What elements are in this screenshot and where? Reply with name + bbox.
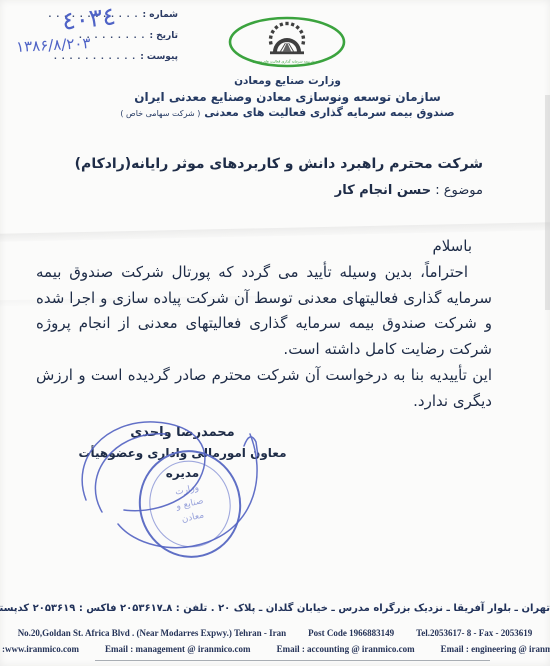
subject-label: موضوع : (431, 183, 483, 198)
body-line: و شرکت صندوق بیمه سرمایه گذاری فعالیتهای… (36, 311, 492, 337)
company-type-note: ( شرکت سهامی خاص ) (120, 109, 200, 118)
scanned-letter-page: { "colors": { "ink_blue": "#4f63c6", "st… (0, 0, 550, 666)
stamp-and-signature: وزارت صنایع و معادن (68, 412, 283, 577)
letter-body: باسلام احتراماً، بدین وسیله تأیید می گرد… (36, 234, 492, 415)
subject-value: حسن انجام کار (335, 183, 431, 198)
body-line: دیگری ندارد. (36, 389, 492, 415)
letter-meta-block: شماره : . . . . . . . . . . . . تاریخ : … (20, 10, 178, 73)
body-line: سرمایه گذاری فعالیتهای معدنی توسط آن شرک… (36, 286, 492, 312)
stamp-text-line3: معادن (181, 510, 205, 525)
organization-name: سازمان توسعه ونوسازی معادن وصنایع معدنی … (25, 89, 550, 105)
footer-contacts-en: Internet :www.iranmico.com Email : manag… (0, 644, 550, 654)
letterhead-org-block: وزارت صنایع ومعادن سازمان توسعه ونوسازی … (25, 74, 550, 122)
official-stamp: وزارت صنایع و معادن (129, 440, 252, 567)
letter-attachment-row: پیوست : . . . . . . . . . . . (20, 52, 178, 73)
letter-date-label: تاریخ : (149, 31, 178, 41)
footer-tel-fax: Tel.2053617- 8 - Fax - 2053619 (416, 628, 532, 638)
footer-email-accounting: Email : accounting @ iranmico.com (277, 644, 415, 654)
signature-scribble (82, 422, 258, 548)
subject-line: موضوع : حسن انجام کار (335, 183, 483, 198)
footer-email-management: Email : management @ iranmico.com (105, 644, 251, 654)
footer-website: Internet :www.iranmico.com (0, 644, 79, 654)
body-line: این تأییدیه بنا به درخواست آن شرکت محترم… (36, 363, 492, 389)
logo-caption: صندوق بیمه سرمایه گذاری فعالیت های معدنی (252, 59, 321, 64)
fund-name: صندوق بیمه سرمایه گذاری فعالیت های معدنی… (25, 105, 550, 122)
salutation: باسلام (36, 234, 492, 260)
footer-email-engineering: Email : engineering @ iranmico.com (441, 644, 550, 654)
footer-divider-line (95, 660, 490, 661)
footer-post-code: Post Code 1966883149 (308, 628, 394, 638)
footer-street-address: No.20,Goldan St. Africa Blvd . (Near Mod… (18, 628, 286, 638)
footer-address-en: No.20,Goldan St. Africa Blvd . (Near Mod… (0, 628, 550, 638)
ministry-name: وزارت صنایع ومعادن (25, 74, 550, 89)
ministry-logo: صندوق بیمه سرمایه گذاری فعالیت های معدنی (226, 15, 348, 75)
body-line: احتراماً، بدین وسیله تأیید می گردد که پو… (36, 260, 492, 286)
mine-tunnel-gear-icon (269, 22, 305, 54)
letter-number-label: شماره : (143, 10, 179, 20)
body-line: شرکت رضایت کامل داشته است. (36, 337, 492, 363)
footer-address-fa: تهران ـ بلوار آفریقا ـ نزدیک بزرگراه مدر… (0, 603, 550, 614)
recipient-line: شرکت محترم راهبرد دانش و کاربردهای موثر … (75, 156, 483, 172)
letter-attachment-label: پیوست : (140, 52, 178, 62)
scan-artifact-edge (545, 95, 550, 310)
handwritten-letter-number: ٤٠٣٤ (61, 1, 117, 35)
